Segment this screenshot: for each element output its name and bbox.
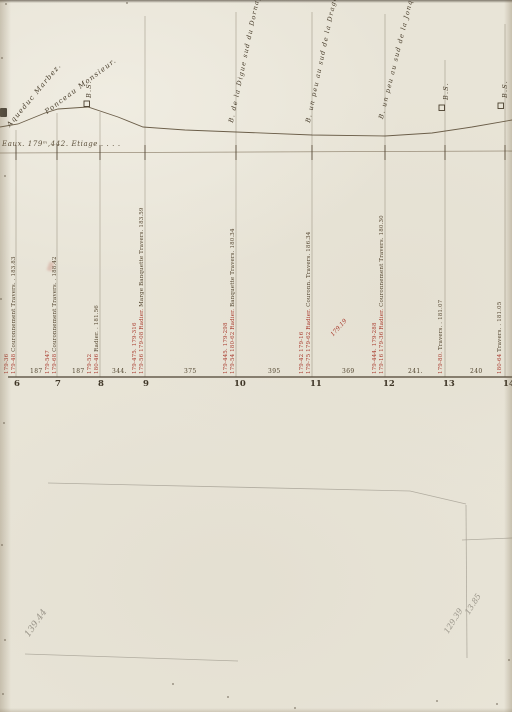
manuscript-page: Eaux. 179ᵐ,442. Etiage . . . . 6Aqueduc … xyxy=(0,0,512,712)
distance-label: 241. xyxy=(408,369,423,375)
elevation-annotation-column: 179-52 xyxy=(88,354,94,374)
ink-figures: Couronn. Travers. xyxy=(306,252,312,307)
elevation-annotation-column: 179-56 179-08 Radier. Marge Banquette Tr… xyxy=(140,207,146,374)
ink-figures: Couronnement Travers. xyxy=(379,235,385,307)
ink-figures: 181.56 xyxy=(94,305,100,325)
pencil-line xyxy=(410,491,466,504)
station-number: 7 xyxy=(55,380,61,389)
elevation-annotation-column: 179-16 179-36 Radier. Couronnement Trave… xyxy=(380,215,386,374)
elevation-annotation-column: 180-64 Travers. . 181.05 xyxy=(498,302,504,374)
paper-speck xyxy=(496,703,498,705)
elevation-annotation-column: 179-36 xyxy=(5,354,11,374)
ink-figures: Couronnement Travers. . xyxy=(11,277,17,352)
station-top-label: B.S. xyxy=(502,80,509,98)
ink-figures: 180.34 xyxy=(230,228,236,248)
ink-figures: 183.59 xyxy=(139,207,145,227)
elevation-annotation-column: 179-75 179-62 Radier. Couronn. Travers. … xyxy=(307,232,313,374)
elevation-annotation-column: 180-46 Radier. . 181.56 xyxy=(95,305,101,374)
ink-drawing-layer xyxy=(0,0,512,712)
elevation-annotation-column: 179-54 180-62 Radier. Banquette Travers.… xyxy=(231,228,237,374)
distance-label: 395 xyxy=(268,369,281,375)
paper-speck xyxy=(436,700,438,702)
pencil-line xyxy=(462,538,512,540)
ink-figures: Radier. . xyxy=(94,325,100,352)
paper-speck xyxy=(1,544,3,546)
distance-label: 375 xyxy=(184,369,197,375)
terrain-profile-line xyxy=(0,107,512,136)
station-number: 6 xyxy=(14,380,20,389)
ink-figures: Travers. . xyxy=(497,322,503,352)
paper-speck xyxy=(4,639,6,641)
ink-figures: Marge Banquette Travers. xyxy=(139,228,145,307)
ink-figures: 186.34 xyxy=(306,232,312,252)
red-ink-figures: 179-42 179-16 xyxy=(299,332,305,374)
station-number: 11 xyxy=(310,380,322,389)
red-ink-figures: 179-54 180-62 Radier. xyxy=(230,307,236,374)
benchmark-square-icon xyxy=(84,101,90,107)
ink-figures: 181.05 xyxy=(497,302,503,322)
pencil-line xyxy=(466,505,467,658)
ink-figures: Banquette Travers. xyxy=(230,249,236,307)
ink-blob-left-edge xyxy=(0,108,7,117)
benchmark-square-icon xyxy=(439,105,445,111)
station-number: 13 xyxy=(443,380,455,389)
paper-speck xyxy=(0,298,2,300)
station-top-label: B.S. xyxy=(86,80,93,98)
paper-speck xyxy=(508,659,510,661)
red-ink-figures: 179-52 xyxy=(87,354,93,374)
red-ink-figures: 179-80. xyxy=(438,350,444,374)
paper-speck xyxy=(5,3,7,5)
station-number: 10 xyxy=(234,380,246,389)
pencil-line xyxy=(48,483,410,491)
paper-speck xyxy=(1,57,3,59)
red-ink-figures: 179-48 xyxy=(11,352,17,374)
red-ink-figures: 179-36 xyxy=(4,354,10,374)
distance-label: 187 xyxy=(30,369,43,375)
station-top-label: B.S. xyxy=(443,82,450,100)
elevation-annotation-column: 179-42 179-16 xyxy=(300,332,306,374)
paper-speck xyxy=(294,707,296,709)
paper-speck xyxy=(2,693,4,695)
red-ink-figures: 180-46 xyxy=(94,352,100,374)
red-ink-figures: 179-475. 179-316 xyxy=(132,322,138,374)
elevation-annotation-column: 179-445. 179-298 xyxy=(224,322,230,374)
elevation-annotation-column: 179-444. 179-288 xyxy=(373,322,379,374)
red-ink-figures: 180-64 xyxy=(497,352,503,374)
benchmark-square-icon xyxy=(498,103,504,109)
elevation-annotation-column: 179-68 Couronnement Travers. . 188.42 xyxy=(53,256,59,374)
elevation-annotation-column: 179-475. 179-316 xyxy=(133,322,139,374)
red-ink-figures: 179-75 179-62 Radier. xyxy=(306,307,312,374)
ink-figures: Couronnement Travers. . xyxy=(52,277,58,352)
ink-figures: 183.83 xyxy=(11,256,17,276)
ink-figures: Travers. . xyxy=(438,320,444,350)
distance-label: 369 xyxy=(342,369,355,375)
elevation-annotation-column: 179-48 Couronnement Travers. . 183.83 xyxy=(12,256,18,374)
station-number: 9 xyxy=(143,380,149,389)
elevation-annotation-column: 179-547 xyxy=(46,350,52,374)
pencil-line xyxy=(25,654,238,661)
ink-figures: 180.30 xyxy=(379,215,385,235)
station-number: 12 xyxy=(383,380,395,389)
paper-speck xyxy=(4,175,6,177)
paper-speck xyxy=(227,696,229,698)
paper-speck xyxy=(172,683,174,685)
ink-figures: 181.07 xyxy=(438,300,444,320)
station-number: 8 xyxy=(98,380,104,389)
red-ink-figures: 179-16 179-36 Radier. xyxy=(379,307,385,374)
paper-speck xyxy=(3,422,5,424)
etiage-water-line xyxy=(0,151,512,153)
red-ink-figures: 179-68 xyxy=(52,352,58,374)
distance-label: 240 xyxy=(470,369,483,375)
station-number: 14 xyxy=(503,380,512,389)
distance-label: 344. xyxy=(112,369,127,375)
red-ink-figures: 179-445. 179-298 xyxy=(223,322,229,374)
red-ink-figures: 179-56 179-08 Radier. xyxy=(139,307,145,374)
red-ink-figures: 179-547 xyxy=(45,350,51,374)
paper-speck xyxy=(126,2,128,4)
elevation-annotation-column: 179-80. Travers. . 181.07 xyxy=(439,300,445,374)
etiage-water-level-label: Eaux. 179ᵐ,442. Etiage . . . . xyxy=(2,141,121,148)
red-ink-figures: 179-444. 179-288 xyxy=(372,322,378,374)
distance-label: 187 xyxy=(72,369,85,375)
